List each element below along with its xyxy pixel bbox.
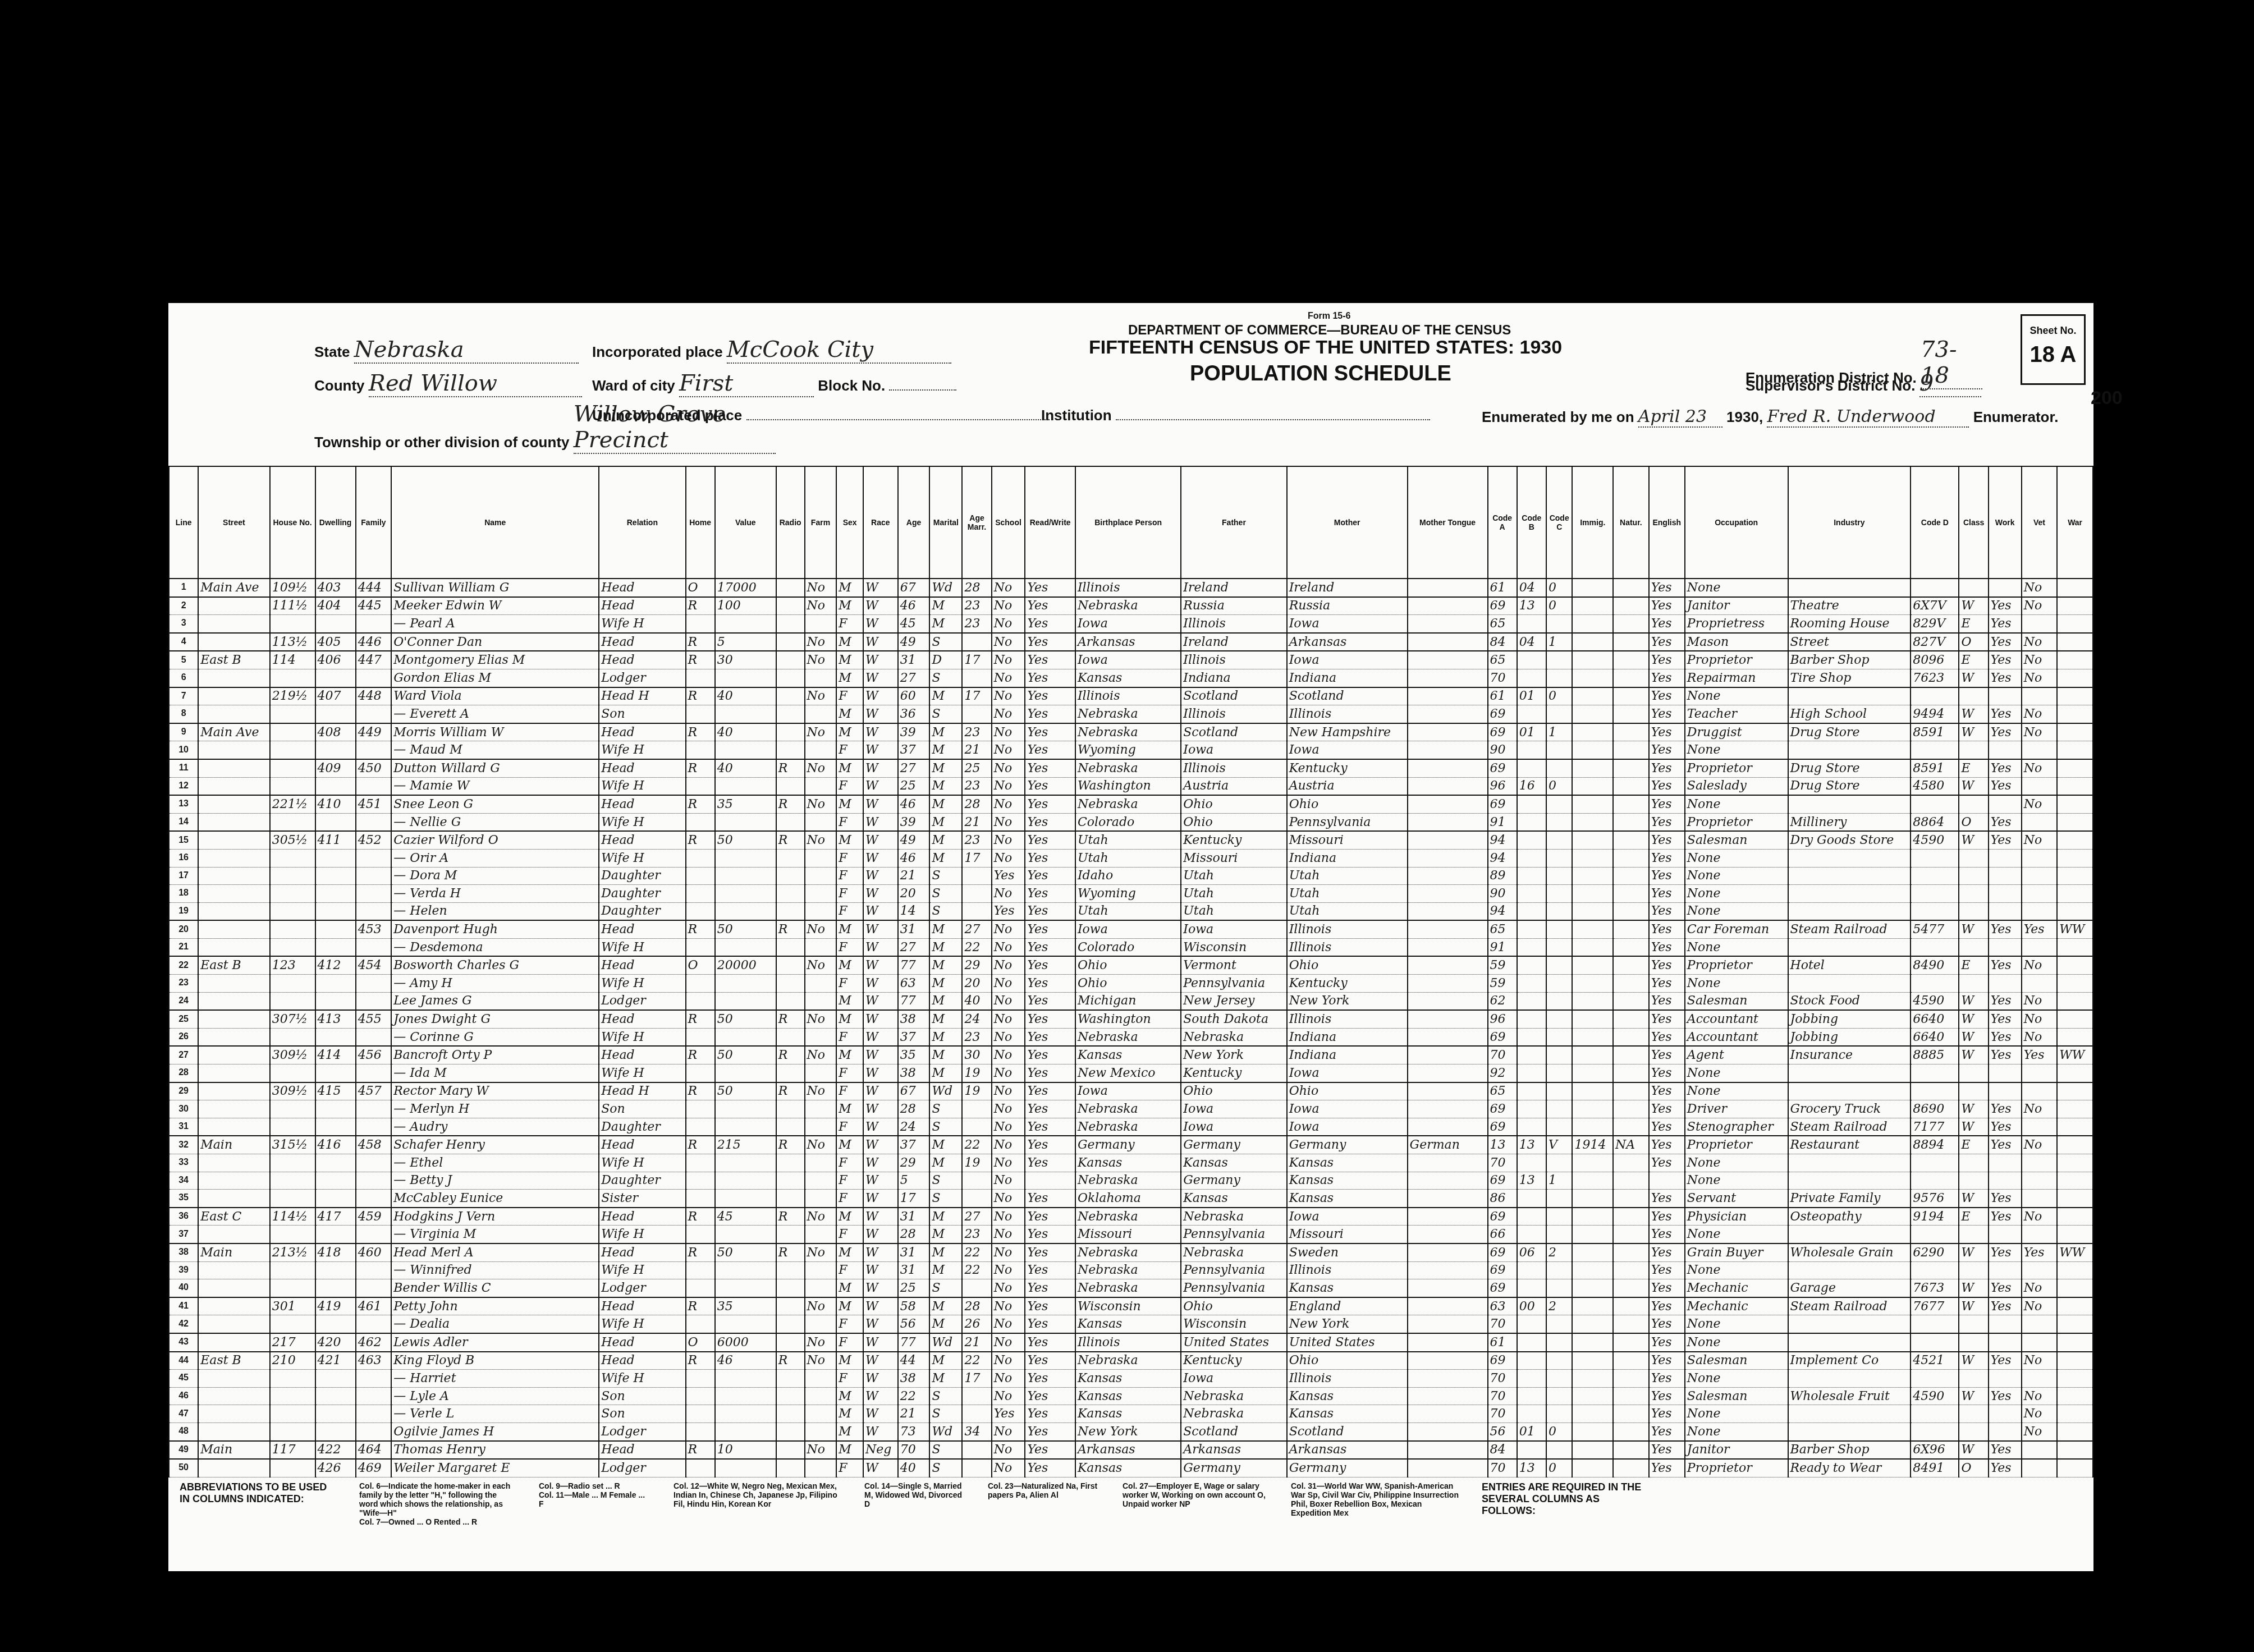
cell-fam: 455: [356, 1010, 392, 1028]
cell-dw: 417: [315, 1208, 356, 1226]
cell-imm: [1572, 1279, 1613, 1297]
cell-name: — Orir A: [391, 849, 599, 867]
cell-ind: [1788, 1154, 1911, 1172]
cell-ind: Stock Food: [1788, 992, 1911, 1010]
cell-ind: [1788, 1261, 1911, 1279]
cell-ind: Private Family: [1788, 1190, 1911, 1208]
cell-age: 28: [898, 1226, 930, 1243]
cell-farm: No: [805, 687, 837, 705]
cell-mbp: New York: [1287, 1315, 1408, 1333]
cell-sch: No: [992, 1118, 1025, 1136]
cell-radio: [776, 1100, 805, 1118]
cell-age: 36: [898, 705, 930, 723]
cell-sch: No: [992, 1243, 1025, 1261]
cell-house: 111½: [270, 597, 315, 615]
cell-cc: 0: [1546, 1422, 1573, 1440]
column-header: Street: [198, 466, 269, 579]
cell-farm: No: [805, 920, 837, 938]
cell-home: [686, 1154, 715, 1172]
cell-house: [270, 938, 315, 956]
cell-home: [686, 938, 715, 956]
cell-cc: [1546, 1064, 1573, 1082]
cell-cd: 6X96: [1911, 1441, 1959, 1460]
cell-street: [198, 975, 269, 993]
cell-sch: No: [992, 849, 1025, 867]
cell-fbp: Indiana: [1181, 669, 1286, 687]
cell-val: 30: [715, 651, 776, 669]
cell-agem: [962, 885, 991, 903]
cell-sex: F: [836, 1261, 863, 1279]
cell-race: W: [863, 1405, 898, 1423]
cell-rel: Son: [599, 1100, 685, 1118]
cell-vet: [2022, 867, 2058, 885]
cell-sch: No: [992, 1100, 1025, 1118]
cell-work: [1989, 795, 2022, 813]
cell-ind: Steam Railroad: [1788, 1118, 1911, 1136]
cell-sex: F: [836, 1082, 863, 1100]
cell-occ: Mechanic: [1685, 1297, 1788, 1315]
cell-bp: Ohio: [1075, 956, 1181, 974]
cell-ind: [1788, 795, 1911, 813]
column-header: Code A: [1488, 466, 1517, 579]
cell-mbp: Kansas: [1287, 1387, 1408, 1405]
cell-radio: [776, 1387, 805, 1405]
cell-imm: [1572, 795, 1613, 813]
cell-house: [270, 1226, 315, 1243]
cell-sex: M: [836, 1422, 863, 1440]
column-header: Value: [715, 466, 776, 579]
cell-fam: 454: [356, 956, 392, 974]
cell-street: [198, 920, 269, 938]
cell-street: East B: [198, 1352, 269, 1370]
cell-street: [198, 902, 269, 920]
cell-sex: F: [836, 1118, 863, 1136]
cell-house: [270, 1279, 315, 1297]
cell-name: — Ethel: [391, 1154, 599, 1172]
cell-tongue: [1408, 687, 1488, 705]
abbreviations-footer: ABBREVIATIONS TO BE USED IN COLUMNS INDI…: [180, 1481, 2088, 1526]
cell-cb: [1517, 1370, 1546, 1388]
cell-age: 37: [898, 1028, 930, 1046]
cell-house: [270, 723, 315, 741]
cell-home: R: [686, 831, 715, 849]
cell-occ: None: [1685, 867, 1788, 885]
cell-cd: 8490: [1911, 956, 1959, 974]
cell-sex: M: [836, 579, 863, 597]
cell-rw: Yes: [1025, 705, 1075, 723]
cell-imm: [1572, 1100, 1613, 1118]
cell-cb: [1517, 1261, 1546, 1279]
cell-line: 35: [169, 1190, 198, 1208]
cell-nat: [1613, 633, 1649, 651]
table-row: 7219½407448Ward ViolaHead HR40NoFW60M17N…: [169, 687, 2093, 705]
cell-val: [715, 992, 776, 1010]
cell-race: W: [863, 1046, 898, 1064]
cell-nat: [1613, 1172, 1649, 1190]
cell-war: [2057, 705, 2093, 723]
cell-cc: [1546, 1315, 1573, 1333]
cell-ind: Drug Store: [1788, 723, 1911, 741]
cell-race: W: [863, 920, 898, 938]
cell-vet: No: [2022, 633, 2058, 651]
cell-fbp: Scotland: [1181, 723, 1286, 741]
cell-sex: F: [836, 1333, 863, 1352]
cell-occ: None: [1685, 687, 1788, 705]
cell-bp: Wyoming: [1075, 885, 1181, 903]
cell-cls: [1959, 1370, 1988, 1388]
cell-fbp: Iowa: [1181, 741, 1286, 759]
cell-val: [715, 867, 776, 885]
cell-tongue: [1408, 1333, 1488, 1352]
cell-nat: NA: [1613, 1136, 1649, 1154]
cell-rel: Lodger: [599, 669, 685, 687]
cell-occ: Janitor: [1685, 1441, 1788, 1460]
cell-vet: Yes: [2022, 920, 2058, 938]
cell-mbp: Indiana: [1287, 1046, 1408, 1064]
cell-rel: Wife H: [599, 1064, 685, 1082]
cell-agem: 19: [962, 1154, 991, 1172]
cell-tongue: [1408, 1441, 1488, 1460]
cell-radio: R: [776, 1352, 805, 1370]
cell-cls: O: [1959, 813, 1988, 831]
cell-mbp: Kansas: [1287, 1154, 1408, 1172]
cell-name: — Verda H: [391, 885, 599, 903]
cell-fbp: Nebraska: [1181, 1243, 1286, 1261]
cell-ind: Dry Goods Store: [1788, 831, 1911, 849]
table-row: 40Bender Willis CLodgerMW25SNoYesNebrask…: [169, 1279, 2093, 1297]
cell-fam: 446: [356, 633, 392, 651]
cell-rw: Yes: [1025, 1208, 1075, 1226]
cell-occ: None: [1685, 902, 1788, 920]
cell-house: [270, 1028, 315, 1046]
cell-fam: [356, 992, 392, 1010]
cell-bp: Nebraska: [1075, 705, 1181, 723]
cell-name: Montgomery Elias M: [391, 651, 599, 669]
cell-rel: Wife H: [599, 1028, 685, 1046]
cell-occ: Accountant: [1685, 1010, 1788, 1028]
cell-home: [686, 1279, 715, 1297]
cell-cc: [1546, 849, 1573, 867]
cell-street: [198, 831, 269, 849]
cell-agem: 25: [962, 759, 991, 777]
cell-sch: No: [992, 1226, 1025, 1243]
cell-imm: [1572, 1226, 1613, 1243]
cell-cd: 4580: [1911, 777, 1959, 795]
cell-fbp: New Jersey: [1181, 992, 1286, 1010]
cell-street: [198, 687, 269, 705]
cell-home: O: [686, 1333, 715, 1352]
column-header: Code D: [1911, 466, 1959, 579]
cell-line: 7: [169, 687, 198, 705]
cell-ca: 70: [1488, 1315, 1517, 1333]
cell-radio: [776, 813, 805, 831]
cell-sch: No: [992, 1208, 1025, 1226]
cell-bp: Kansas: [1075, 1046, 1181, 1064]
cell-work: Yes: [1989, 1136, 2022, 1154]
cell-cls: [1959, 938, 1988, 956]
enumerated-date: April 23: [1638, 407, 1722, 428]
cell-cc: [1546, 902, 1573, 920]
cell-cb: [1517, 1226, 1546, 1243]
cell-house: 213½: [270, 1243, 315, 1261]
schedule-title: POPULATION SCHEDULE: [1190, 362, 1451, 386]
cell-agem: 23: [962, 615, 991, 633]
cell-mbp: Austria: [1287, 777, 1408, 795]
cell-radio: [776, 902, 805, 920]
cell-val: [715, 1028, 776, 1046]
column-header: Mother: [1287, 466, 1408, 579]
cell-line: 25: [169, 1010, 198, 1028]
cell-ca: 69: [1488, 1028, 1517, 1046]
cell-sex: F: [836, 615, 863, 633]
cell-cc: [1546, 938, 1573, 956]
cell-radio: [776, 1154, 805, 1172]
cell-cls: [1959, 849, 1988, 867]
cell-rw: Yes: [1025, 1226, 1075, 1243]
cell-sch: No: [992, 1154, 1025, 1172]
table-row: 24Lee James GLodgerMW77M40NoYesMichiganN…: [169, 992, 2093, 1010]
cell-sch: Yes: [992, 867, 1025, 885]
cell-tongue: [1408, 1064, 1488, 1082]
cell-line: 6: [169, 669, 198, 687]
cell-agem: 23: [962, 723, 991, 741]
cell-occ: None: [1685, 938, 1788, 956]
cell-tongue: [1408, 597, 1488, 615]
cell-mbp: Ohio: [1287, 1352, 1408, 1370]
cell-rel: Head: [599, 633, 685, 651]
cell-occ: None: [1685, 1422, 1788, 1440]
cell-line: 9: [169, 723, 198, 741]
cell-house: [270, 1459, 315, 1477]
cell-sch: No: [992, 1064, 1025, 1082]
cell-work: [1989, 975, 2022, 993]
cell-ind: [1788, 867, 1911, 885]
cell-sch: No: [992, 1441, 1025, 1460]
cell-dw: 408: [315, 723, 356, 741]
cell-agem: [962, 1118, 991, 1136]
cell-fam: 450: [356, 759, 392, 777]
cell-cb: [1517, 705, 1546, 723]
cell-eng: Yes: [1649, 651, 1685, 669]
cell-mbp: United States: [1287, 1333, 1408, 1352]
cell-war: [2057, 1172, 2093, 1190]
cell-agem: [962, 1100, 991, 1118]
cell-bp: Nebraska: [1075, 1279, 1181, 1297]
cell-sex: M: [836, 1046, 863, 1064]
cell-race: W: [863, 1226, 898, 1243]
cell-fbp: Nebraska: [1181, 1208, 1286, 1226]
cell-fam: 451: [356, 795, 392, 813]
cell-fbp: Russia: [1181, 597, 1286, 615]
cell-house: 210: [270, 1352, 315, 1370]
cell-race: W: [863, 741, 898, 759]
cell-fbp: Kansas: [1181, 1154, 1286, 1172]
cell-work: [1989, 1370, 2022, 1388]
enumerator-name: Fred R. Underwood: [1767, 407, 1969, 428]
cell-sch: No: [992, 1190, 1025, 1208]
cell-cb: 06: [1517, 1243, 1546, 1261]
cell-war: [2057, 1370, 2093, 1388]
cell-radio: [776, 633, 805, 651]
cell-vet: No: [2022, 1208, 2058, 1226]
cell-cc: [1546, 1441, 1573, 1460]
cell-imm: [1572, 777, 1613, 795]
cell-mbp: Germany: [1287, 1459, 1408, 1477]
table-row: 35McCabley EuniceSisterFW17SNoYesOklahom…: [169, 1190, 2093, 1208]
cell-sex: F: [836, 1190, 863, 1208]
cell-mar: M: [929, 597, 962, 615]
cell-mar: M: [929, 687, 962, 705]
cell-vet: No: [2022, 1100, 2058, 1118]
cell-tongue: [1408, 938, 1488, 956]
cell-war: [2057, 902, 2093, 920]
cell-home: R: [686, 1441, 715, 1460]
cell-dw: 403: [315, 579, 356, 597]
cell-cb: 01: [1517, 723, 1546, 741]
cell-mbp: Indiana: [1287, 849, 1408, 867]
cell-vet: No: [2022, 1387, 2058, 1405]
cell-work: [1989, 867, 2022, 885]
cell-dw: 418: [315, 1243, 356, 1261]
cell-rw: Yes: [1025, 1405, 1075, 1423]
cell-nat: [1613, 1333, 1649, 1352]
cell-rel: Daughter: [599, 867, 685, 885]
cell-occ: Teacher: [1685, 705, 1788, 723]
cell-val: 50: [715, 1010, 776, 1028]
cell-cd: 8096: [1911, 651, 1959, 669]
cell-ca: 65: [1488, 615, 1517, 633]
cell-work: Yes: [1989, 723, 2022, 741]
cell-street: [198, 741, 269, 759]
cell-nat: [1613, 723, 1649, 741]
cell-nat: [1613, 687, 1649, 705]
cell-age: 25: [898, 777, 930, 795]
cell-nat: [1613, 920, 1649, 938]
cell-fam: [356, 902, 392, 920]
cell-line: 32: [169, 1136, 198, 1154]
cell-farm: No: [805, 956, 837, 974]
cell-line: 10: [169, 741, 198, 759]
cell-age: 24: [898, 1118, 930, 1136]
cell-rw: Yes: [1025, 1352, 1075, 1370]
cell-occ: Proprietor: [1685, 1136, 1788, 1154]
cell-work: [1989, 1082, 2022, 1100]
cell-rel: Son: [599, 705, 685, 723]
cell-cd: [1911, 1082, 1959, 1100]
cell-rw: Yes: [1025, 1154, 1075, 1172]
cell-dw: [315, 1172, 356, 1190]
cell-race: W: [863, 1190, 898, 1208]
cell-rw: Yes: [1025, 669, 1075, 687]
cell-street: [198, 1333, 269, 1352]
cell-eng: Yes: [1649, 920, 1685, 938]
cell-occ: Salesman: [1685, 992, 1788, 1010]
cell-farm: [805, 705, 837, 723]
cell-age: 35: [898, 1046, 930, 1064]
cell-farm: [805, 867, 837, 885]
cell-eng: Yes: [1649, 867, 1685, 885]
cell-nat: [1613, 1010, 1649, 1028]
cell-work: [1989, 1261, 2022, 1279]
cell-mar: S: [929, 1118, 962, 1136]
cell-fam: [356, 1315, 392, 1333]
cell-ca: 70: [1488, 1154, 1517, 1172]
cell-imm: [1572, 1315, 1613, 1333]
cell-age: 70: [898, 1441, 930, 1460]
cell-dw: [315, 813, 356, 831]
cell-line: 45: [169, 1370, 198, 1388]
cell-name: King Floyd B: [391, 1352, 599, 1370]
cell-home: [686, 615, 715, 633]
cell-bp: Oklahoma: [1075, 1190, 1181, 1208]
cell-cd: 8591: [1911, 759, 1959, 777]
cell-home: [686, 1459, 715, 1477]
cell-imm: [1572, 992, 1613, 1010]
cell-house: [270, 849, 315, 867]
cell-eng: Yes: [1649, 1064, 1685, 1082]
cell-bp: Nebraska: [1075, 1208, 1181, 1226]
cell-rw: Yes: [1025, 831, 1075, 849]
cell-nat: [1613, 1370, 1649, 1388]
cell-cc: [1546, 1100, 1573, 1118]
cell-mbp: Sweden: [1287, 1243, 1408, 1261]
cell-bp: Kansas: [1075, 1459, 1181, 1477]
cell-mar: M: [929, 956, 962, 974]
cell-radio: [776, 777, 805, 795]
cell-farm: [805, 1100, 837, 1118]
cell-home: [686, 1226, 715, 1243]
column-header: Farm: [805, 466, 837, 579]
cell-occ: Grain Buyer: [1685, 1243, 1788, 1261]
cell-sex: M: [836, 597, 863, 615]
cell-dw: [315, 615, 356, 633]
sheet-number: 18 A: [2022, 342, 2084, 368]
cell-dw: 415: [315, 1082, 356, 1100]
cell-mar: M: [929, 975, 962, 993]
cell-race: W: [863, 1028, 898, 1046]
column-header: Marital: [929, 466, 962, 579]
cell-name: Lewis Adler: [391, 1333, 599, 1352]
cell-vet: No: [2022, 1297, 2058, 1315]
cell-age: 31: [898, 1208, 930, 1226]
cell-agem: 34: [962, 1422, 991, 1440]
cell-line: 21: [169, 938, 198, 956]
cell-ind: [1788, 579, 1911, 597]
table-row: 26— Corinne GWife HFW37M23NoYesNebraskaN…: [169, 1028, 2093, 1046]
cell-mbp: Illinois: [1287, 1261, 1408, 1279]
cell-radio: [776, 669, 805, 687]
cell-cb: [1517, 1315, 1546, 1333]
cell-rel: Wife H: [599, 975, 685, 993]
cell-val: [715, 1226, 776, 1243]
block-value: [889, 389, 956, 391]
cell-sch: No: [992, 723, 1025, 741]
cell-sex: M: [836, 831, 863, 849]
cell-name: — Amy H: [391, 975, 599, 993]
cell-ca: 69: [1488, 759, 1517, 777]
cell-rel: Head: [599, 1136, 685, 1154]
cell-cd: [1911, 1261, 1959, 1279]
cell-war: WW: [2057, 1243, 2093, 1261]
cell-mar: S: [929, 669, 962, 687]
cell-cb: 13: [1517, 1172, 1546, 1190]
cell-sex: F: [836, 1064, 863, 1082]
cell-dw: [315, 1315, 356, 1333]
cell-cd: 8885: [1911, 1046, 1959, 1064]
cell-ind: [1788, 1422, 1911, 1440]
cell-cc: [1546, 1387, 1573, 1405]
column-header: Line: [169, 466, 198, 579]
